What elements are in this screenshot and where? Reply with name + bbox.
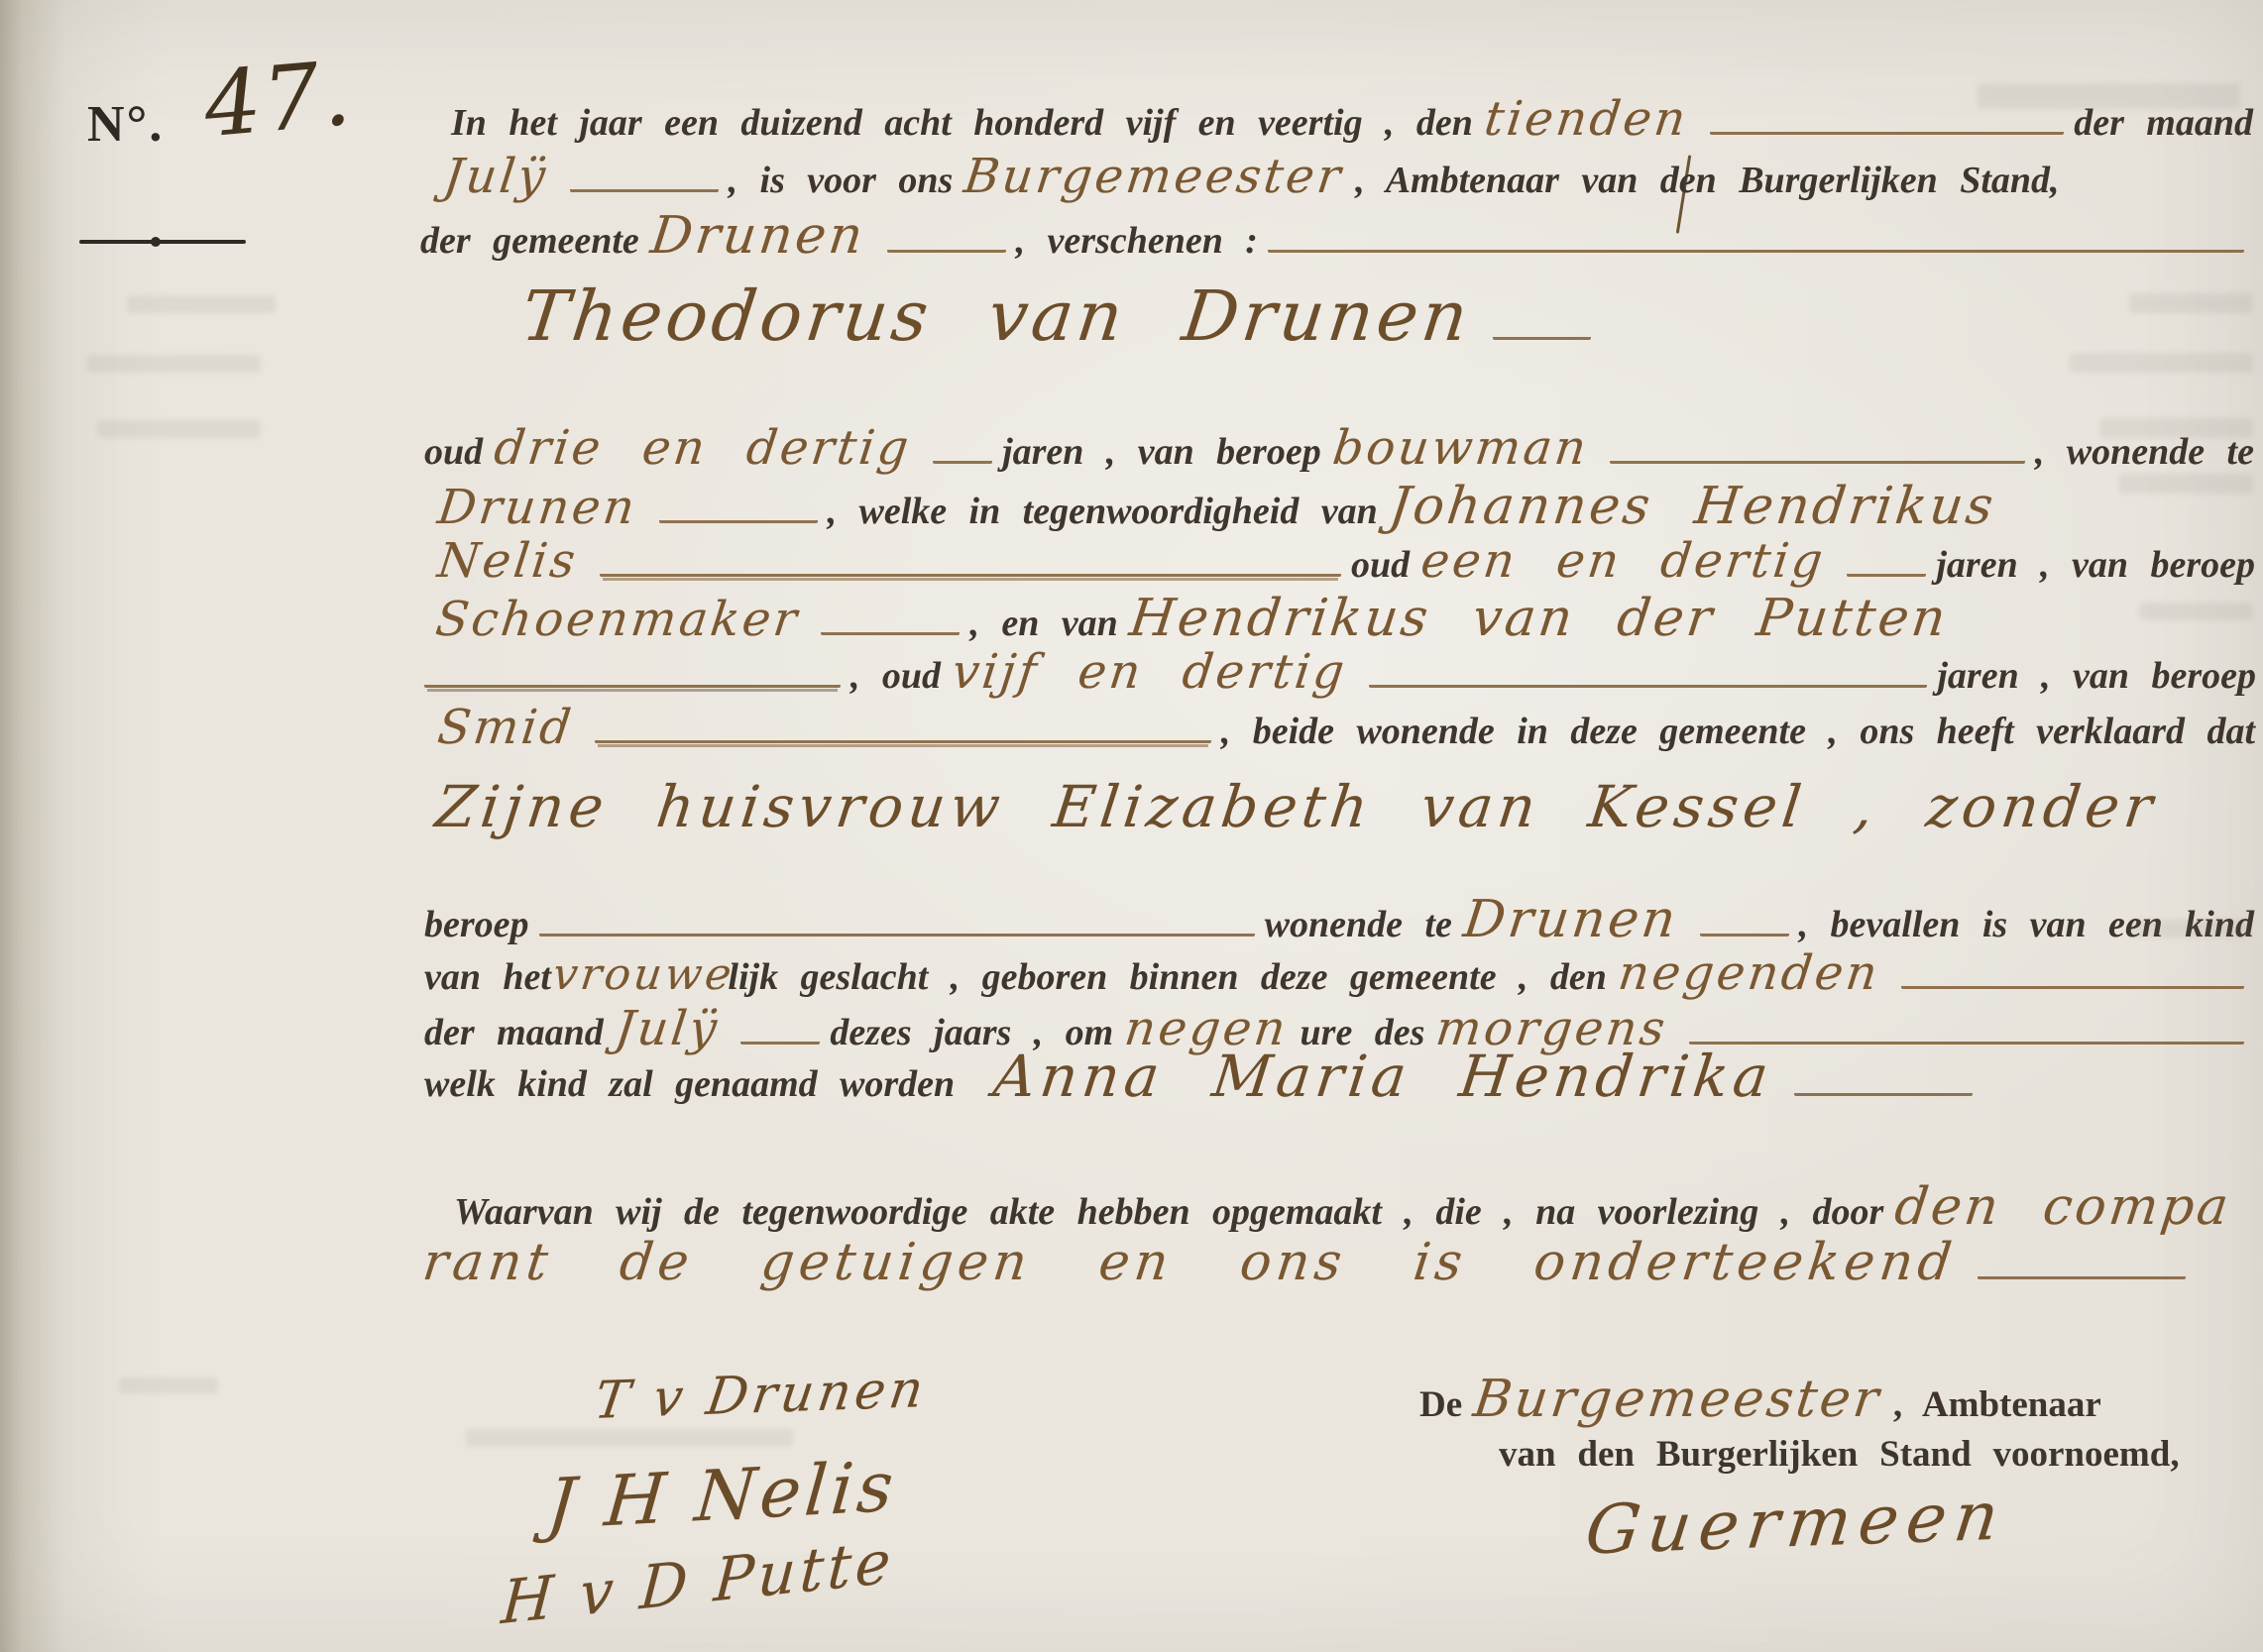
handwritten-mother-residence: Drunen: [1460, 890, 1681, 949]
blank-line: [1794, 1087, 1973, 1096]
margin-divider-ornament: [79, 236, 246, 246]
bleed-through-mark: [1978, 83, 2240, 109]
handwritten-age: drie en dertig: [492, 420, 915, 476]
blank-line: [1369, 679, 1928, 688]
act-number-label: N°.: [87, 95, 164, 154]
birth-certificate-page: N°. 47. In het jaar een duizend acht hon…: [0, 0, 2263, 1652]
handwritten-child-name: Anna Maria Hendrika: [990, 1043, 1777, 1110]
handwritten-day: tienden: [1481, 91, 1691, 147]
handwritten-witness1-firstnames: Johannes Hendrikus: [1386, 477, 1998, 536]
bleed-through-mark: [2131, 920, 2250, 937]
blank-line: [1700, 928, 1789, 936]
printed-text: lijk geslacht , geboren binnen deze geme…: [728, 955, 1607, 999]
signature-declarant: T v Drunen: [591, 1360, 931, 1431]
line-official-closing2: van den Burgerlijken Stand voornoemd,: [1499, 1433, 2180, 1476]
line-child-sex-birthdate: van het vrouwe lijk geslacht , geboren b…: [424, 945, 2254, 1001]
blank-line: [1493, 331, 1591, 340]
blank-line: [1610, 455, 2025, 464]
printed-text: , is voor ons: [729, 159, 954, 202]
blank-line: [821, 626, 960, 635]
blank-line: [595, 734, 1210, 743]
handwritten-witness1-surname: Nelis: [435, 533, 582, 589]
blank-line: [659, 514, 818, 523]
blank-line: [570, 183, 719, 192]
bleed-through-mark: [97, 420, 261, 438]
line-age-occupation: oud drie en dertig jaren , van beroep bo…: [424, 420, 2254, 476]
bleed-through-mark: [2129, 293, 2253, 313]
printed-text: der gemeente: [420, 219, 639, 263]
bleed-through-mark: [2139, 603, 2253, 620]
handwritten-declarant-name: Theodorus van Drunen: [517, 275, 1476, 357]
bleed-through-mark: [119, 1377, 218, 1393]
handwritten-closing-part2: rant de getuigen en ons is onderteekend: [419, 1233, 1960, 1292]
handwritten-witness1-occupation: Schoenmaker: [433, 592, 803, 647]
blank-line: [1847, 568, 1926, 577]
handwritten-mother-name: Zijne huisvrouw Elizabeth van Kessel , z…: [432, 773, 2161, 840]
bleed-through-mark: [2119, 474, 2253, 494]
printed-text: jaren , van beroep: [1002, 430, 1321, 474]
line-municipality: der gemeente Drunen , verschenen :: [420, 206, 2254, 266]
handwritten-witness2-age: vijf en dertig: [950, 644, 1350, 700]
printed-text: van den Burgerlijken Stand voornoemd,: [1499, 1433, 2180, 1476]
line-month-official: Julÿ , is voor ons Burgemeester , Ambten…: [432, 149, 2256, 204]
line-closing-statement: Waarvan wij de tegenwoordige akte hebben…: [454, 1177, 2243, 1237]
printed-text: , verschenen :: [1016, 219, 1258, 263]
line-closing-handwritten: rant de getuigen en ons is onderteekend: [411, 1233, 2196, 1292]
bleed-through-mark: [127, 295, 276, 313]
signature-registrar: Guermeen: [1581, 1477, 2010, 1570]
printed-text: beroep: [424, 903, 529, 946]
blank-line: [887, 244, 1006, 253]
line-witness1-occupation-witness2: Schoenmaker , en van Hendrikus van der P…: [424, 589, 2256, 648]
printed-text: jaren , van beroep: [1936, 543, 2255, 587]
line-child-name: welk kind zal genaamd worden Anna Maria …: [424, 1043, 2189, 1110]
bleed-through-mark: [466, 1429, 793, 1447]
printed-text: , welke in tegenwoordigheid van: [828, 490, 1378, 533]
act-number-value: 47.: [200, 42, 357, 159]
printed-text: In het jaar een duizend acht honderd vij…: [451, 101, 1473, 145]
printed-text: oud: [1351, 543, 1410, 587]
printed-text: welk kind zal genaamd worden: [424, 1062, 955, 1106]
printed-text: De: [1419, 1383, 1462, 1426]
blank-line: [539, 928, 1255, 936]
handwritten-child-sex: vrouwe: [550, 949, 737, 1000]
handwritten-official-title: Burgemeester: [962, 149, 1347, 204]
blank-line: [1268, 244, 2244, 253]
handwritten-witness2-occupation: Smid: [435, 700, 577, 755]
blank-line: [600, 568, 1341, 577]
line-declarant-name: Theodorus van Drunen: [510, 275, 1601, 357]
handwritten-closing-part1: den compa: [1892, 1177, 2235, 1237]
bleed-through-mark: [2070, 353, 2253, 373]
line-mother-declaration: Zijne huisvrouw Elizabeth van Kessel , z…: [424, 773, 2169, 840]
handwritten-witness2-name: Hendrikus van der Putten: [1126, 589, 1952, 648]
handwritten-occupation: bouwman: [1329, 420, 1592, 476]
handwritten-month: Julÿ: [441, 149, 552, 204]
line-official-closing: De Burgemeester , Ambtenaar: [1419, 1370, 2101, 1429]
line-witness2-occupation: Smid , beide wonende in deze gemeente , …: [426, 700, 2255, 755]
handwritten-birth-day: negenden: [1615, 945, 1882, 1001]
printed-text: , Ambtenaar van den Burgerlijken Stand,: [1355, 159, 2059, 202]
printed-text: jaren , van beroep: [1937, 654, 2256, 698]
blank-line: [1710, 126, 2064, 135]
blank-line: [1901, 980, 2244, 989]
blank-line: [1978, 1270, 2186, 1279]
line-residence-witness1: Drunen , welke in tegenwoordigheid van J…: [426, 477, 2255, 536]
line-witness2-age: , oud vijf en dertig jaren , van beroep: [424, 644, 2256, 700]
handwritten-witness1-age: een en dertig: [1418, 533, 1829, 589]
printed-text: , Ambtenaar: [1893, 1383, 2101, 1426]
signature-witness1: J H Nelis: [544, 1446, 901, 1546]
bleed-through-mark: [2099, 418, 2253, 438]
blank-line: [424, 679, 841, 688]
handwritten-residence: Drunen: [435, 480, 640, 535]
printed-text: van het: [424, 955, 551, 999]
printed-text: Waarvan wij de tegenwoordige akte hebben…: [454, 1190, 1883, 1234]
line-mother-occupation-residence: beroep wonende te Drunen , bevallen is v…: [424, 890, 2254, 949]
printed-text: , en van: [969, 602, 1117, 645]
printed-text: , oud: [850, 654, 941, 698]
handwritten-official-title-closing: Burgemeester: [1470, 1370, 1884, 1429]
bleed-through-mark: [87, 355, 261, 373]
printed-text: , beide wonende in deze gemeente , ons h…: [1221, 710, 2255, 753]
printed-text: oud: [424, 430, 483, 474]
handwritten-municipality: Drunen: [647, 206, 868, 266]
line-witness1-age: Nelis oud een en dertig jaren , van bero…: [426, 533, 2255, 589]
blank-line: [933, 455, 992, 464]
printed-text: wonende te: [1265, 903, 1452, 946]
